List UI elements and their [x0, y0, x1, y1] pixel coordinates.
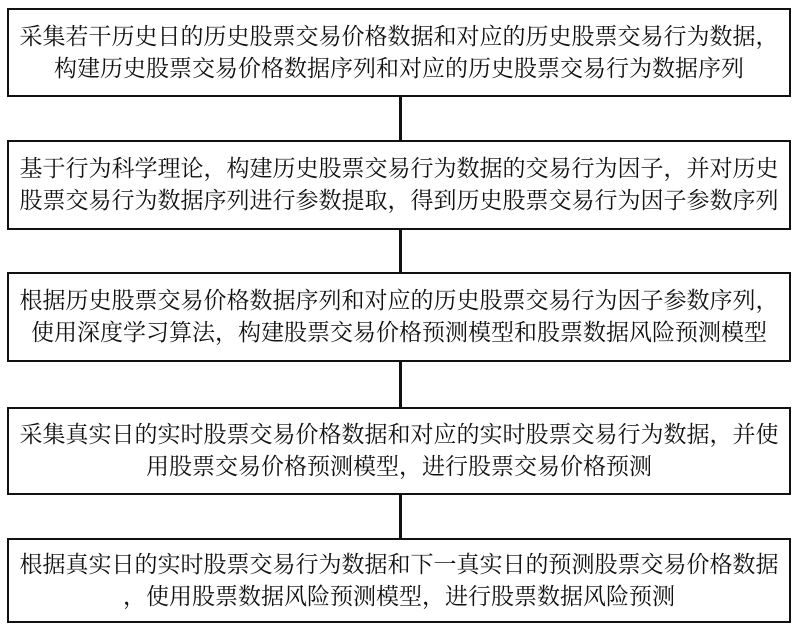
flow-step-3-line-2: 使用深度学习算法，构建股票交易价格预测模型和股票数据风险预测模型 [31, 317, 767, 349]
flow-step-4-line-1: 采集真实日的实时股票交易价格数据和对应的实时股票交易行为数据，并使 [20, 419, 779, 451]
flow-step-5-line-1: 根据真实日的实时股票交易行为数据和下一真实日的预测股票交易价格数据 [20, 549, 779, 581]
flow-step-2-line-2: 股票交易行为数据序列进行参数提取，得到历史股票交易行为因子参数序列 [20, 185, 779, 217]
flow-step-2-box: 基于行为科学理论，构建历史股票交易行为数据的交易行为因子，并对历史 股票交易行为… [7, 140, 791, 230]
connector-step4-step5 [399, 495, 402, 538]
flow-step-2-line-1: 基于行为科学理论，构建历史股票交易行为数据的交易行为因子，并对历史 [20, 153, 779, 185]
flow-step-1-line-1: 采集若干历史日的历史股票交易价格数据和对应的历史股票交易行为数据， [20, 21, 779, 53]
flow-step-5-line-2: ，使用股票数据风险预测模型，进行股票数据风险预测 [123, 581, 675, 613]
flow-step-1-box: 采集若干历史日的历史股票交易价格数据和对应的历史股票交易行为数据， 构建历史股票… [7, 8, 791, 97]
flow-step-3-line-1: 根据历史股票交易价格数据序列和对应的历史股票交易行为因子参数序列， [20, 285, 779, 317]
flow-step-4-line-2: 用股票交易价格预测模型，进行股票交易价格预测 [146, 451, 652, 483]
flowchart-figure: 采集若干历史日的历史股票交易价格数据和对应的历史股票交易行为数据， 构建历史股票… [0, 0, 799, 636]
flow-step-4-box: 采集真实日的实时股票交易价格数据和对应的实时股票交易行为数据，并使 用股票交易价… [7, 407, 791, 495]
flow-step-5-box: 根据真实日的实时股票交易行为数据和下一真实日的预测股票交易价格数据 ，使用股票数… [7, 538, 791, 623]
connector-step3-step4 [399, 362, 402, 407]
flow-step-1-line-2: 构建历史股票交易价格数据序列和对应的历史股票交易行为数据序列 [54, 53, 744, 85]
connector-step1-step2 [399, 97, 402, 140]
flow-step-3-box: 根据历史股票交易价格数据序列和对应的历史股票交易行为因子参数序列， 使用深度学习… [7, 272, 791, 362]
connector-step2-step3 [399, 230, 402, 272]
